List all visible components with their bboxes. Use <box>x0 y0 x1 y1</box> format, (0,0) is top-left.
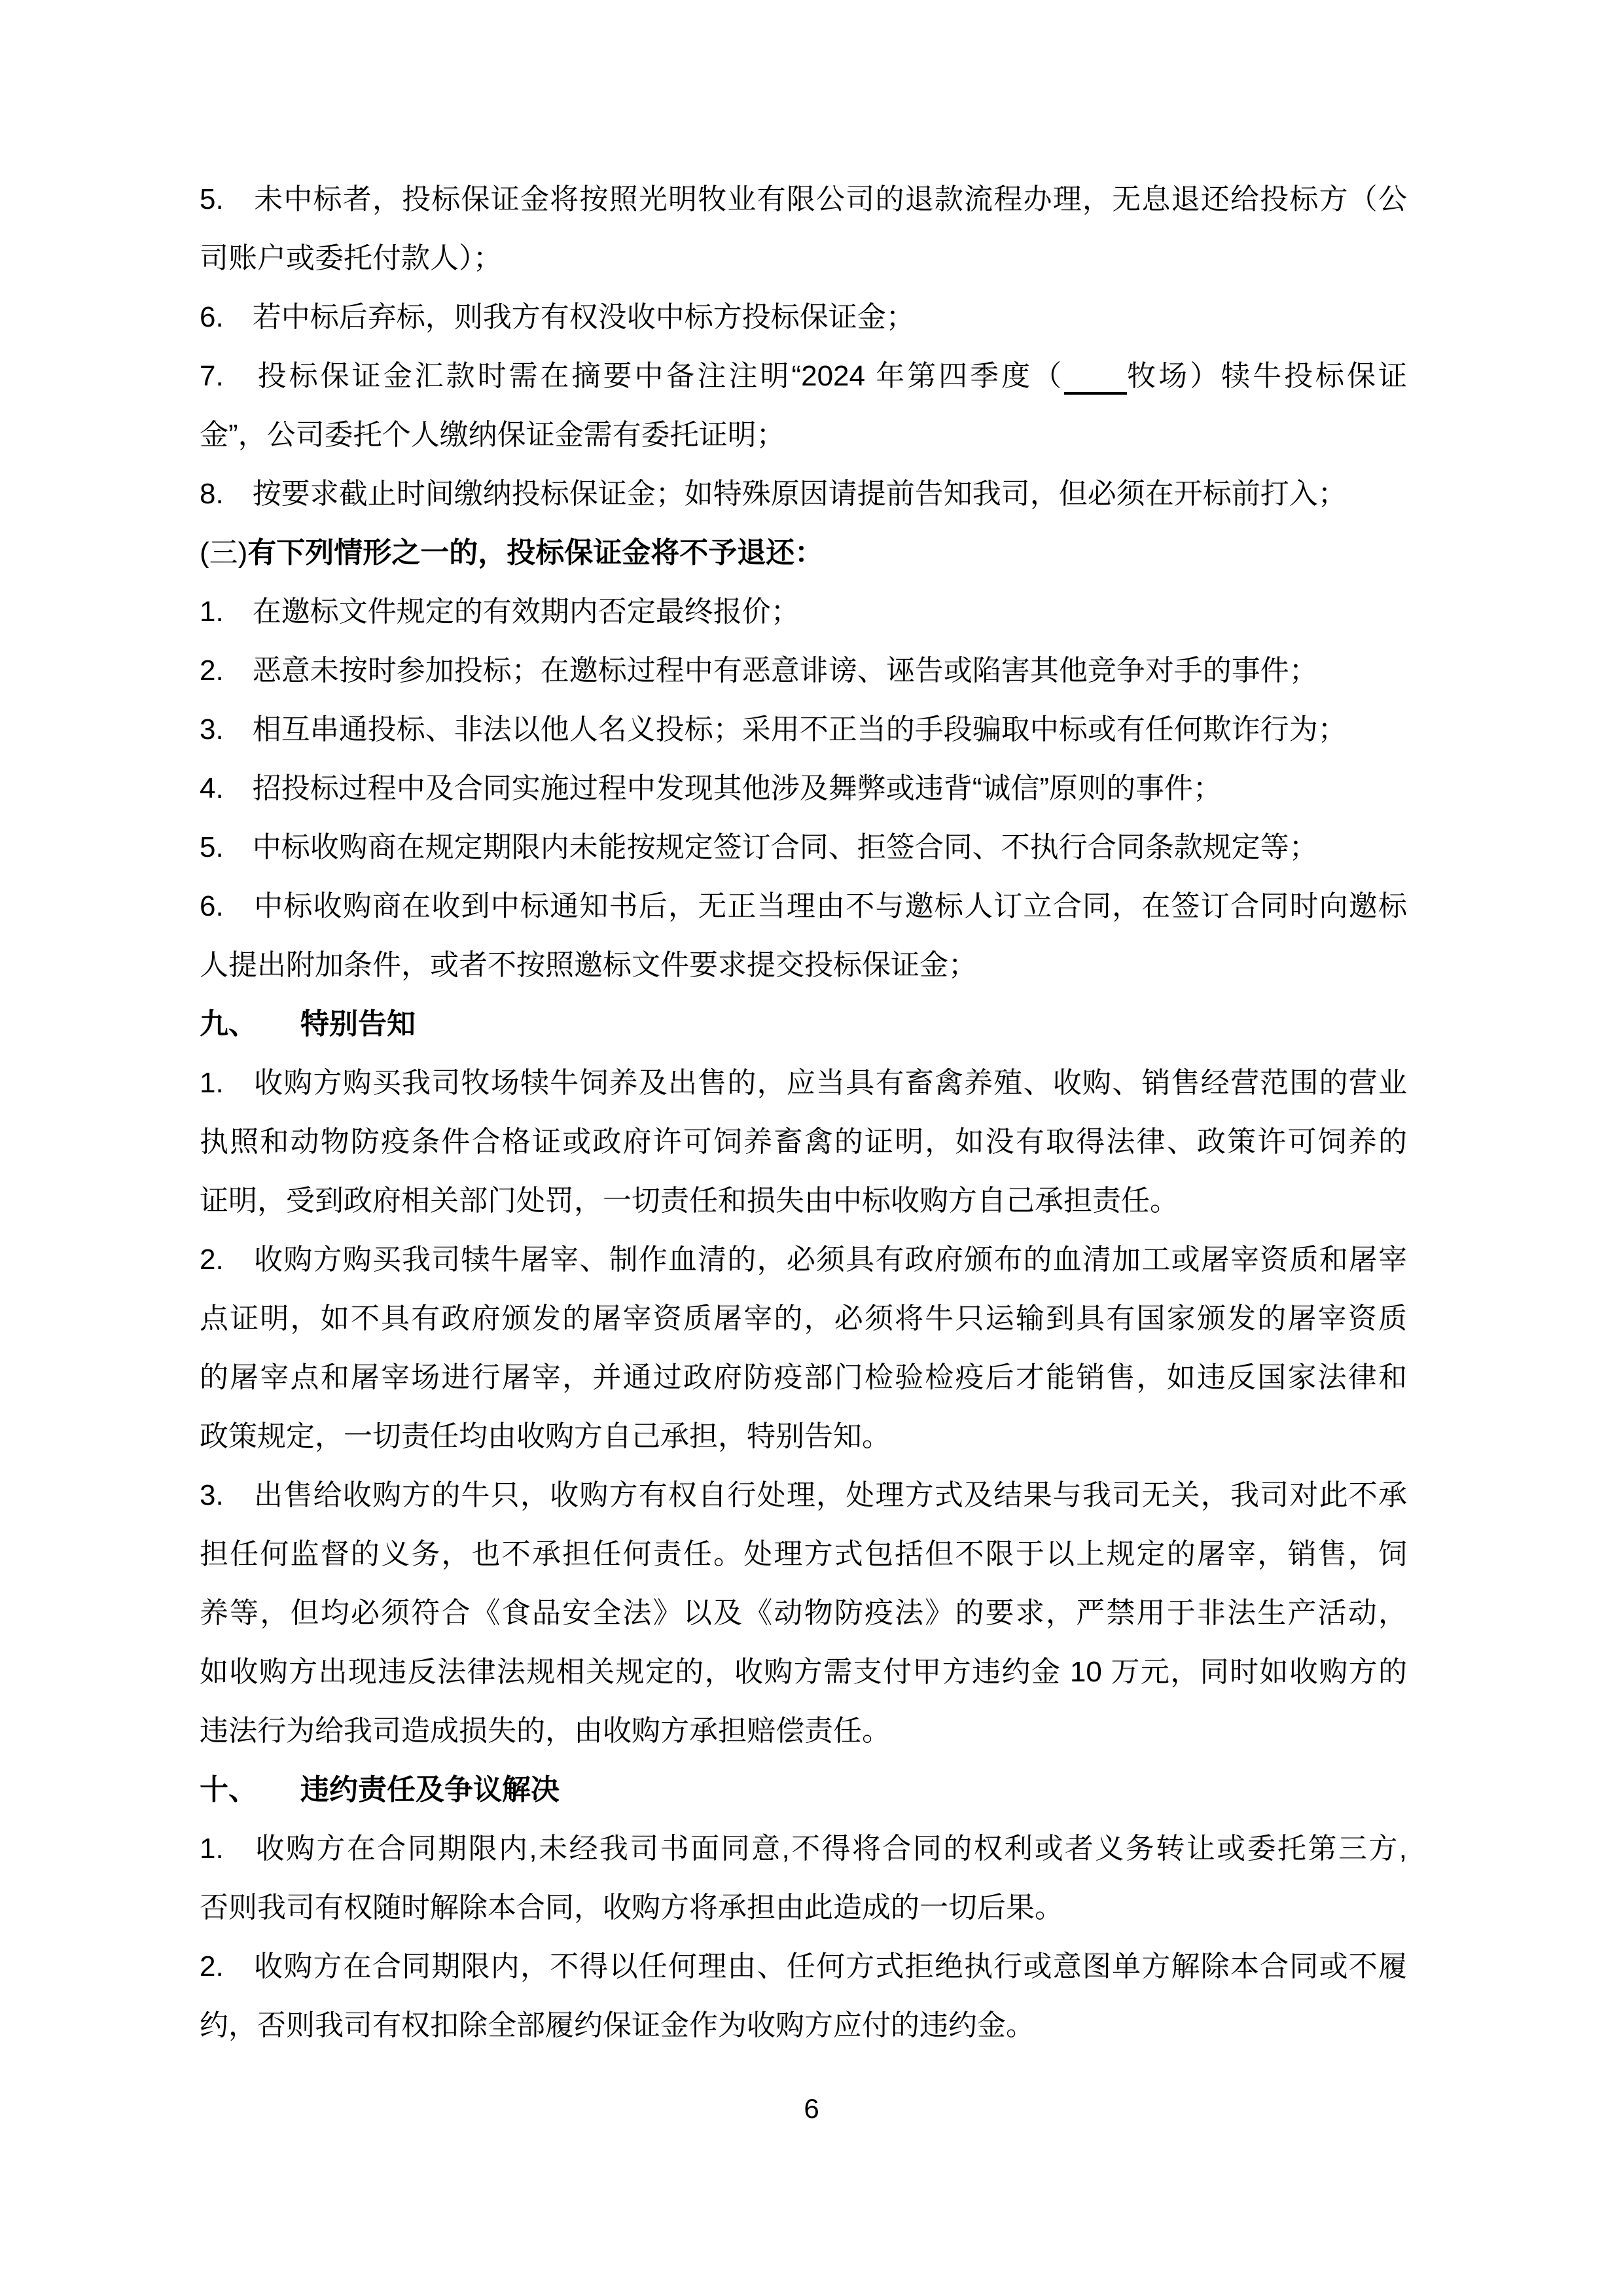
text-run: 约，否则我司有权扣除全部履约保证金作为收购方应付的违约金。 <box>200 2009 1035 2041</box>
text-line: 养等，但均必须符合《食品安全法》以及《动物防疫法》的要求，严禁用于非法生产活动， <box>200 1584 1407 1643</box>
text-line: 担任何监督的义务，也不承担任何责任。处理方式包括但不限于以上规定的屠宰，销售，饲 <box>200 1525 1407 1584</box>
text-line: 3. 出售给收购方的牛只，收购方有权自行处理，处理方式及结果与我司无关，我司对此… <box>200 1466 1407 1525</box>
text-run: 政策规定，一切责任均由收购方自己承担，特别告知。 <box>200 1420 891 1452</box>
contract-document-page: 5. 未中标者，投标保证金将按照光明牧业有限公司的退款流程办理，无息退还给投标方… <box>0 0 1623 2296</box>
text-run: 证明，受到政府相关部门处罚，一切责任和损失由中标收购方自己承担责任。 <box>200 1185 1179 1217</box>
text-line: 8. 按要求截止时间缴纳投标保证金；如特殊原因请提前告知我司，但必须在开标前打入… <box>200 465 1407 524</box>
text-run: 十、 违约责任及争议解决 <box>200 1774 560 1806</box>
text-line: 执照和动物防疫条件合格证或政府许可饲养畜禽的证明，如没有取得法律、政策许可饲养的 <box>200 1113 1407 1172</box>
text-run: 违法行为给我司造成损失的，由收购方承担赔偿责任。 <box>200 1715 891 1747</box>
text-line: 7. 投标保证金汇款时需在摘要中备注注明“2024 年第四季度（ 牧场）犊牛投标… <box>200 347 1407 406</box>
text-run: 养等，但均必须符合《食品安全法》以及《动物防疫法》的要求，严禁用于非法生产活动， <box>200 1597 1407 1629</box>
text-line: 证明，受到政府相关部门处罚，一切责任和损失由中标收购方自己承担责任。 <box>200 1172 1407 1230</box>
text-run: 6. 中标收购商在收到中标通知书后，无正当理由不与邀标人订立合同，在签订合同时向… <box>200 890 1407 922</box>
text-run: 1. 收购方在合同期限内,未经我司书面同意,不得将合同的权利或者义务转让或委托第… <box>200 1833 1407 1865</box>
text-run: 6. 若中标后弃标，则我方有权没收中标方投标保证金； <box>200 301 915 333</box>
text-line: 4. 招投标过程中及合同实施过程中发现其他涉及舞弊或违背“诚信”原则的事件； <box>200 759 1407 818</box>
text-line: 5. 未中标者，投标保证金将按照光明牧业有限公司的退款流程办理，无息退还给投标方… <box>200 170 1407 229</box>
text-line: 点证明，如不具有政府颁发的屠宰资质屠宰的，必须将牛只运输到具有国家颁发的屠宰资质 <box>200 1289 1407 1348</box>
text-run: 如收购方出现违反法律法规相关规定的，收购方需支付甲方违约金 10 万元，同时如收… <box>200 1656 1407 1688</box>
text-line: 1. 收购方在合同期限内,未经我司书面同意,不得将合同的权利或者义务转让或委托第… <box>200 1820 1407 1878</box>
text-run: 2. 收购方在合同期限内，不得以任何理由、任何方式拒绝执行或意图单方解除本合同或… <box>200 1950 1407 1982</box>
text-run: 担任何监督的义务，也不承担任何责任。处理方式包括但不限于以上规定的屠宰，销售，饲 <box>200 1538 1407 1570</box>
text-run: 5. 未中标者，投标保证金将按照光明牧业有限公司的退款流程办理，无息退还给投标方… <box>200 183 1407 215</box>
text-run: (三) <box>200 537 247 569</box>
text-line: 1. 收购方购买我司牧场犊牛饲养及出售的，应当具有畜禽养殖、收购、销售经营范围的… <box>200 1054 1407 1113</box>
text-run: 1. 在邀标文件规定的有效期内否定最终报价； <box>200 596 800 628</box>
text-line: 违法行为给我司造成损失的，由收购方承担赔偿责任。 <box>200 1702 1407 1761</box>
text-line: 3. 相互串通投标、非法以他人名义投标；采用不正当的手段骗取中标或有任何欺诈行为… <box>200 700 1407 759</box>
text-run: 人提出附加条件，或者不按照邀标文件要求提交投标保证金； <box>200 949 977 981</box>
text-run: 5. 中标收购商在规定期限内未能按规定签订合同、拒签合同、不执行合同条款规定等； <box>200 831 1318 863</box>
text-line: 约，否则我司有权扣除全部履约保证金作为收购方应付的违约金。 <box>200 1996 1407 2055</box>
text-line: 否则我司有权随时解除本合同，收购方将承担由此造成的一切后果。 <box>200 1878 1407 1937</box>
text-line: 的屠宰点和屠宰场进行屠宰，并通过政府防疫部门检验检疫后才能销售，如违反国家法律和 <box>200 1348 1407 1407</box>
page-number: 6 <box>0 2079 1623 2138</box>
fill-in-blank-underline <box>1064 360 1127 395</box>
text-run: 2. 收购方购买我司犊牛屠宰、制作血清的，必须具有政府颁布的血清加工或屠宰资质和… <box>200 1244 1407 1276</box>
text-line: 5. 中标收购商在规定期限内未能按规定签订合同、拒签合同、不执行合同条款规定等； <box>200 818 1407 877</box>
text-line: 九、 特别告知 <box>200 995 1407 1054</box>
text-line: 金”，公司委托个人缴纳保证金需有委托证明； <box>200 406 1407 465</box>
text-run: 3. 相互串通投标、非法以他人名义投标；采用不正当的手段骗取中标或有任何欺诈行为… <box>200 713 1347 745</box>
text-line: 2. 收购方购买我司犊牛屠宰、制作血清的，必须具有政府颁布的血清加工或屠宰资质和… <box>200 1230 1407 1289</box>
text-line: 如收购方出现违反法律法规相关规定的，收购方需支付甲方违约金 10 万元，同时如收… <box>200 1643 1407 1702</box>
text-run: 司账户或委托付款人）； <box>200 242 502 274</box>
text-line: 司账户或委托付款人）； <box>200 229 1407 288</box>
text-run: 九、 特别告知 <box>200 1008 416 1040</box>
text-run: 1. 收购方购买我司牧场犊牛饲养及出售的，应当具有畜禽养殖、收购、销售经营范围的… <box>200 1067 1407 1099</box>
document-body: 5. 未中标者，投标保证金将按照光明牧业有限公司的退款流程办理，无息退还给投标方… <box>200 170 1407 2055</box>
text-run: 8. 按要求截止时间缴纳投标保证金；如特殊原因请提前告知我司，但必须在开标前打入… <box>200 478 1347 510</box>
text-run: 金”，公司委托个人缴纳保证金需有委托证明； <box>200 419 785 451</box>
text-run: 牧场）犊牛投标保证 <box>1127 360 1407 392</box>
text-line: (三)有下列情形之一的，投标保证金将不予退还： <box>200 524 1407 583</box>
text-run: 执照和动物防疫条件合格证或政府许可饲养畜禽的证明，如没有取得法律、政策许可饲养的 <box>200 1126 1407 1158</box>
text-line: 人提出附加条件，或者不按照邀标文件要求提交投标保证金； <box>200 936 1407 995</box>
text-run: 否则我司有权随时解除本合同，收购方将承担由此造成的一切后果。 <box>200 1892 1063 1924</box>
text-line: 1. 在邀标文件规定的有效期内否定最终报价； <box>200 583 1407 641</box>
text-line: 6. 若中标后弃标，则我方有权没收中标方投标保证金； <box>200 288 1407 347</box>
text-run: 有下列情形之一的，投标保证金将不予退还： <box>247 537 823 569</box>
text-line: 政策规定，一切责任均由收购方自己承担，特别告知。 <box>200 1407 1407 1466</box>
text-run: 7. 投标保证金汇款时需在摘要中备注注明“2024 年第四季度（ <box>200 360 1064 392</box>
text-line: 2. 恶意未按时参加投标；在邀标过程中有恶意诽谤、诬告或陷害其他竞争对手的事件； <box>200 641 1407 700</box>
text-run: 2. 恶意未按时参加投标；在邀标过程中有恶意诽谤、诬告或陷害其他竞争对手的事件； <box>200 655 1318 687</box>
text-run: 4. 招投标过程中及合同实施过程中发现其他涉及舞弊或违背“诚信”原则的事件； <box>200 772 1222 804</box>
text-line: 6. 中标收购商在收到中标通知书后，无正当理由不与邀标人订立合同，在签订合同时向… <box>200 877 1407 936</box>
text-line: 十、 违约责任及争议解决 <box>200 1761 1407 1820</box>
text-run: 3. 出售给收购方的牛只，收购方有权自行处理，处理方式及结果与我司无关，我司对此… <box>200 1479 1407 1511</box>
text-run: 点证明，如不具有政府颁发的屠宰资质屠宰的，必须将牛只运输到具有国家颁发的屠宰资质 <box>200 1302 1407 1335</box>
text-run: 的屠宰点和屠宰场进行屠宰，并通过政府防疫部门检验检疫后才能销售，如违反国家法律和 <box>200 1361 1407 1393</box>
text-line: 2. 收购方在合同期限内，不得以任何理由、任何方式拒绝执行或意图单方解除本合同或… <box>200 1937 1407 1996</box>
